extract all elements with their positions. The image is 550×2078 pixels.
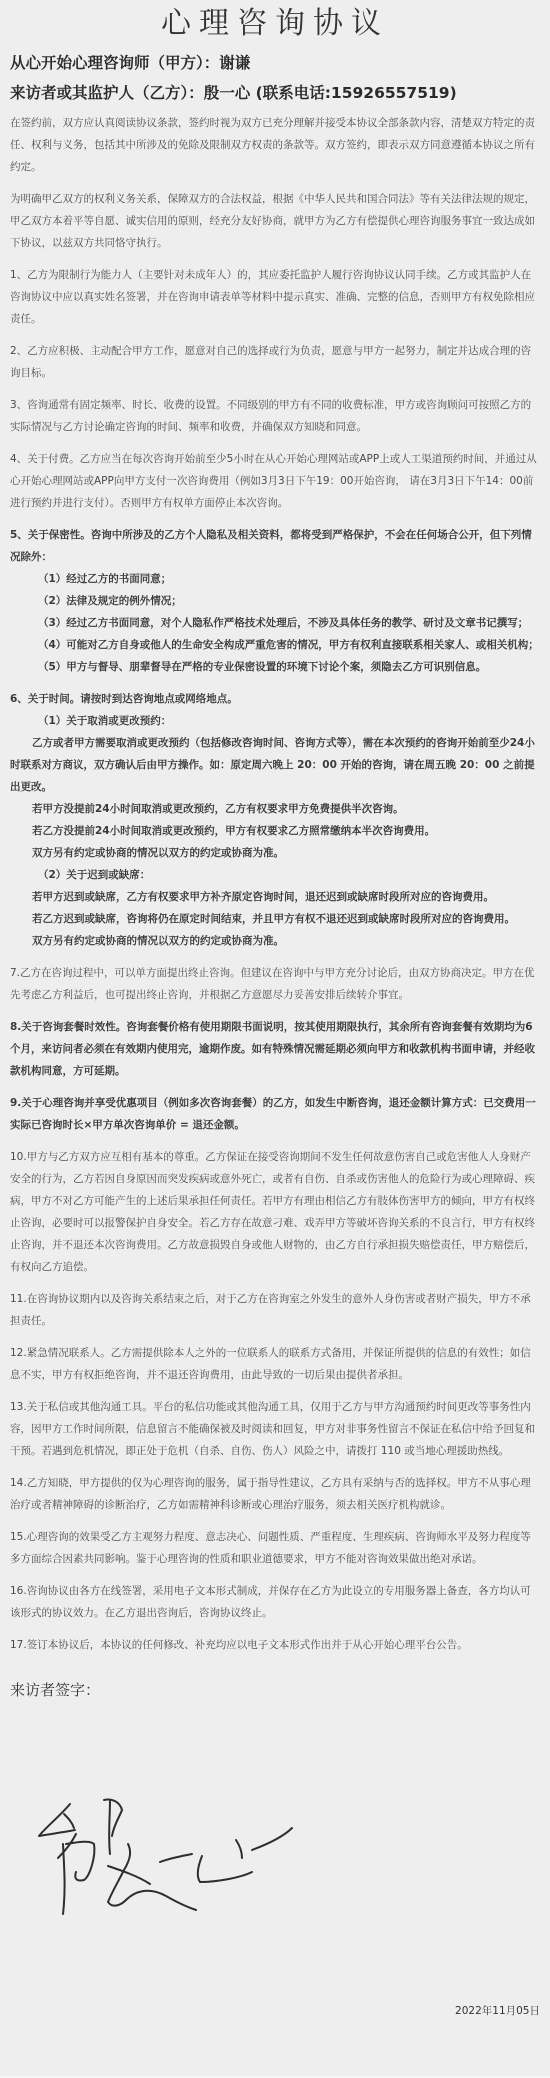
clause-14: 14.乙方知晓，甲方提供的仅为心理咨询的服务，属于指导性建议，乙方具有采纳与否的… bbox=[10, 1472, 540, 1516]
clause-10: 10.甲方与乙方双方应互相有基本的尊重。乙方保证在接受咨询期间不发生任何故意伤害… bbox=[10, 1146, 540, 1278]
clause-17: 17.签订本协议后，本协议的任何修改、补充均应以电子文本形式作出并于从心开始心理… bbox=[10, 1634, 540, 1656]
clause-5-item-5: （5）甲方与督导、朋辈督导在严格的专业保密设置的环境下讨论个案，须隐去乙方可识别… bbox=[10, 656, 540, 678]
clause-8: 8.关于咨询套餐时效性。咨询套餐价格有使用期限书面说明，按其使用期限执行，其余所… bbox=[10, 1016, 540, 1082]
signature-date: 2022年11月05日 bbox=[455, 2003, 540, 2018]
clause-13: 13.关于私信或其他沟通工具。平台的私信功能或其他沟通工具，仅用于乙方与甲方沟通… bbox=[10, 1396, 540, 1462]
clause-6-sub1-title: （1）关于取消或更改预约： bbox=[10, 710, 540, 732]
clause-5-item-3: （3）经过乙方书面同意，对个人隐私作严格技术处理后，不涉及具体任务的教学、研讨及… bbox=[10, 612, 540, 634]
clause-2: 2、乙方应积极、主动配合甲方工作，愿意对自己的选择或行为负责，愿意与甲方一起努力… bbox=[10, 340, 540, 384]
consent-agreement-page: 心理咨询协议 从心开始心理咨询师（甲方）：谢谦 来访者或其监护人（乙方）：殷一心… bbox=[0, 0, 550, 2078]
clause-6-sub2-line-1: 若甲方迟到或缺席，乙方有权要求甲方补齐原定咨询时间，退还迟到或缺席时段所对应的咨… bbox=[10, 886, 540, 908]
clause-4: 4、关于付费。乙方应当在每次咨询开始前至少5小时在从心开始心理网站或APP上或人… bbox=[10, 448, 540, 514]
document-title: 心理咨询协议 bbox=[10, 0, 540, 46]
clause-12: 12.紧急情况联系人。乙方需提供除本人之外的一位联系人的联系方式备用，并保证所提… bbox=[10, 1342, 540, 1386]
clause-6-sub2-title: （2）关于迟到或缺席： bbox=[10, 864, 540, 886]
intro-paragraph-1: 在签约前，双方应认真阅读协议条款，签约时视为双方已充分理解并接受本协议全部条款内… bbox=[10, 112, 540, 178]
clause-5-item-4: （4）可能对乙方自身或他人的生命安全构成严重危害的情况，甲方有权利直接联系相关家… bbox=[10, 634, 540, 656]
clause-11: 11.在咨询协议期内以及咨询关系结束之后，对于乙方在咨询室之外发生的意外人身伤害… bbox=[10, 1288, 540, 1332]
clause-6-sub1-line-3: 若乙方没提前24小时间取消或更改预约，甲方有权要求乙方照常缴纳本半次咨询费用。 bbox=[10, 820, 540, 842]
clause-6-sub1-line-2: 若甲方没提前24小时间取消或更改预约，乙方有权要求甲方免费提供半次咨询。 bbox=[10, 798, 540, 820]
intro-paragraph-2: 为明确甲乙双方的权利义务关系，保障双方的合法权益，根据《中华人民共和国合同法》等… bbox=[10, 188, 540, 254]
clause-16: 16.咨询协议由各方在线签署，采用电子文本形式制成，并保存在乙方为此设立的专用服… bbox=[10, 1580, 540, 1624]
clause-6-sub1-line-1: 乙方或者甲方需要取消或更改预约（包括修改咨询时间、咨询方式等），需在本次预约的咨… bbox=[10, 732, 540, 798]
clause-15: 15.心理咨询的效果受乙方主观努力程度、意志决心、问题性质、严重程度、生理疾病、… bbox=[10, 1526, 540, 1570]
clause-5-item-2: （2）法律及规定的例外情况； bbox=[10, 590, 540, 612]
clause-9: 9.关于心理咨询并享受优惠项目（例如多次咨询套餐）的乙方，如发生中断咨询，退还金… bbox=[10, 1092, 540, 1136]
clause-6-heading: 6、关于时间。请按时到达咨询地点或网络地点。 bbox=[10, 688, 540, 710]
clause-5-heading: 5、关于保密性。咨询中所涉及的乙方个人隐私及相关资料，都将受到严格保护，不会在任… bbox=[10, 524, 540, 568]
handwritten-signature: 殷一心 bbox=[30, 1796, 300, 1936]
clause-1: 1、乙方为限制行为能力人（主要针对未成年人）的，其应委托监护人履行咨询协议认同手… bbox=[10, 264, 540, 330]
clause-5-item-1: （1）经过乙方的书面同意； bbox=[10, 568, 540, 590]
party-b-line: 来访者或其监护人（乙方）：殷一心 (联系电话:15926557519) bbox=[10, 78, 540, 108]
clause-7: 7.乙方在咨询过程中，可以单方面提出终止咨询。但建议在咨询中与甲方充分讨论后，由… bbox=[10, 962, 540, 1006]
signature-label: 来访者签字： bbox=[10, 1678, 540, 1702]
clause-6-sub2-line-3: 双方另有约定或协商的情况以双方的约定或协商为准。 bbox=[10, 930, 540, 952]
clause-3: 3、咨询通常有固定频率、时长、收费的设置。不同级别的甲方有不同的收费标准，甲方或… bbox=[10, 394, 540, 438]
clause-6-sub1-line-4: 双方另有约定或协商的情况以双方的约定或协商为准。 bbox=[10, 842, 540, 864]
party-a-line: 从心开始心理咨询师（甲方）：谢谦 bbox=[10, 48, 540, 78]
clause-6-sub2-line-2: 若乙方迟到或缺席，咨询将仍在原定时间结束，并且甲方有权不退还迟到或缺席时段所对应… bbox=[10, 908, 540, 930]
